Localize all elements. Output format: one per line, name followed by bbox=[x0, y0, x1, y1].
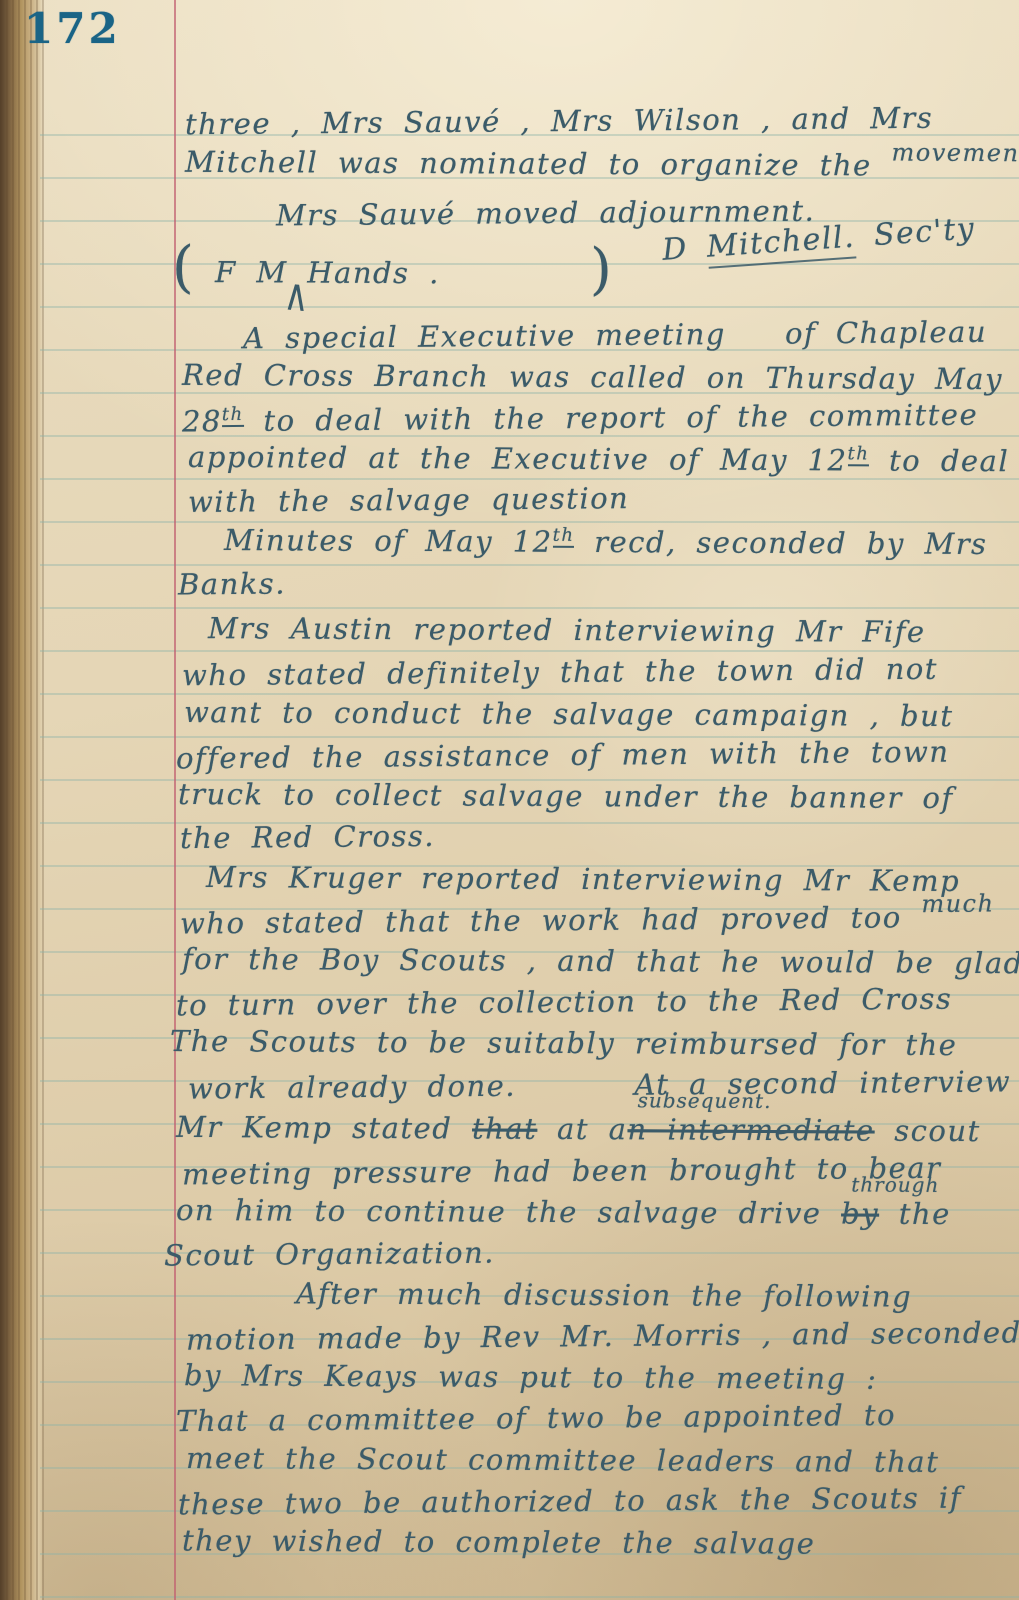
inserted-word: through bbox=[851, 1173, 939, 1197]
handwritten-line: Banks. bbox=[178, 567, 286, 602]
handwritten-line: meeting pressure had been brought to bea… bbox=[182, 1151, 942, 1192]
line-text: appointed at the Executive of May 12 bbox=[188, 440, 848, 477]
handwritten-line: meet the Scout committee leaders and tha… bbox=[186, 1441, 939, 1479]
superscript-word: much bbox=[921, 889, 994, 918]
handwritten-line: Red Cross Branch was called on Thursday … bbox=[182, 358, 1003, 396]
handwritten-line: Scout Organization. bbox=[164, 1236, 495, 1273]
line-text: to deal with the report of the committee bbox=[244, 398, 979, 438]
handwritten-line: by Mrs Keays was put to the meeting : bbox=[184, 1358, 878, 1396]
handwritten-line: three , Mrs Sauvé , Mrs Wilson , and Mrs bbox=[185, 101, 934, 142]
close-paren: ) bbox=[590, 237, 614, 302]
handwritten-line: on him to continue the salvage drive thr… bbox=[176, 1193, 951, 1231]
handwritten-line: the Red Cross. bbox=[180, 819, 435, 855]
handwritten-line: Minutes of May 12th recd, seconded by Mr… bbox=[224, 523, 988, 561]
signature-initial: D bbox=[661, 230, 708, 268]
handwritten-line: 28th to deal with the report of the comm… bbox=[182, 398, 978, 439]
superscript-word: movement bbox=[891, 138, 1019, 167]
handwritten-line: Mrs Sauvé moved adjournment. bbox=[276, 194, 816, 233]
ordinal-suffix: th bbox=[847, 444, 869, 467]
handwritten-line: with the salvage question bbox=[188, 481, 630, 519]
correction: subsequent.n intermediate bbox=[627, 1112, 874, 1147]
inserted-word: subsequent. bbox=[638, 1088, 772, 1113]
handwritten-line: to turn over the collection to the Red C… bbox=[176, 982, 953, 1023]
handwritten-line: Mrs Kruger reported interviewing Mr Kemp bbox=[206, 860, 960, 898]
line-text: recd, seconded by Mrs bbox=[574, 525, 987, 561]
handwritten-line: want to conduct the salvage campaign , b… bbox=[184, 695, 954, 733]
ordinal-suffix: th bbox=[553, 525, 575, 548]
handwritten-line: these two be authorized to ask the Scout… bbox=[178, 1481, 962, 1522]
ledger-page: 172 three , Mrs Sauvé , Mrs Wilson , and… bbox=[0, 0, 1019, 1600]
line-text: Mitchell was nominated to organize the bbox=[185, 145, 892, 183]
line-text: to deal bbox=[869, 443, 1009, 478]
line-text: the bbox=[879, 1197, 951, 1231]
handwritten-line: appointed at the Executive of May 12th t… bbox=[188, 440, 1009, 478]
line-text: Minutes of May 12 bbox=[224, 523, 553, 559]
line-text: scout bbox=[875, 1114, 981, 1149]
correction: throughby bbox=[841, 1196, 879, 1230]
handwritten-line: Mitchell was nominated to organize the m… bbox=[185, 145, 1019, 183]
line-text: on him to continue the salvage drive bbox=[176, 1193, 841, 1230]
handwritten-line: for the Boy Scouts , and that he would b… bbox=[182, 942, 1019, 980]
line-text: Mr Kemp stated bbox=[176, 1110, 472, 1146]
handwritten-line: Mr Kemp stated that at asubsequent.n int… bbox=[176, 1110, 981, 1148]
handwritten-line: offered the assistance of men with the t… bbox=[176, 735, 950, 776]
handwritten-line: After much discussion the following bbox=[296, 1276, 912, 1313]
open-paren: ( bbox=[172, 235, 196, 300]
ordinal-suffix: th bbox=[222, 404, 244, 427]
line-text: 28 bbox=[182, 404, 222, 438]
handwritten-line: work already done. At a second interview bbox=[188, 1064, 1011, 1105]
handwritten-line: they wished to complete the salvage bbox=[182, 1523, 815, 1560]
handwritten-line: Mrs Austin reported interviewing Mr Fife bbox=[208, 611, 926, 649]
handwritten-line: who stated that the work had proved too … bbox=[180, 899, 995, 940]
struck-word: by bbox=[841, 1196, 879, 1230]
line-text: who stated that the work had proved too bbox=[180, 900, 922, 940]
handwritten-line: The Scouts to be suitably reimbursed for… bbox=[170, 1024, 958, 1062]
handwritten-line: motion made by Rev Mr. Morris , and seco… bbox=[186, 1315, 1019, 1356]
struck-word: n intermediate bbox=[627, 1112, 874, 1147]
handwritten-line: truck to collect salvage under the banne… bbox=[178, 777, 954, 815]
handwritten-line: That a committee of two be appointed to bbox=[176, 1398, 896, 1438]
handwritten-line: A special Executive meeting of Chapleau bbox=[243, 315, 987, 355]
struck-word: that bbox=[472, 1111, 537, 1145]
handwritten-line: who stated definitely that the town did … bbox=[182, 652, 938, 693]
book-binding-edge bbox=[0, 0, 44, 1600]
handwritten-line: ( F M Hands .) bbox=[172, 231, 614, 298]
line-text: F M Hands . bbox=[195, 255, 440, 290]
insertion-caret: ∧ bbox=[283, 269, 311, 323]
page-number: 172 bbox=[24, 4, 121, 53]
line-text: at a bbox=[537, 1112, 627, 1146]
